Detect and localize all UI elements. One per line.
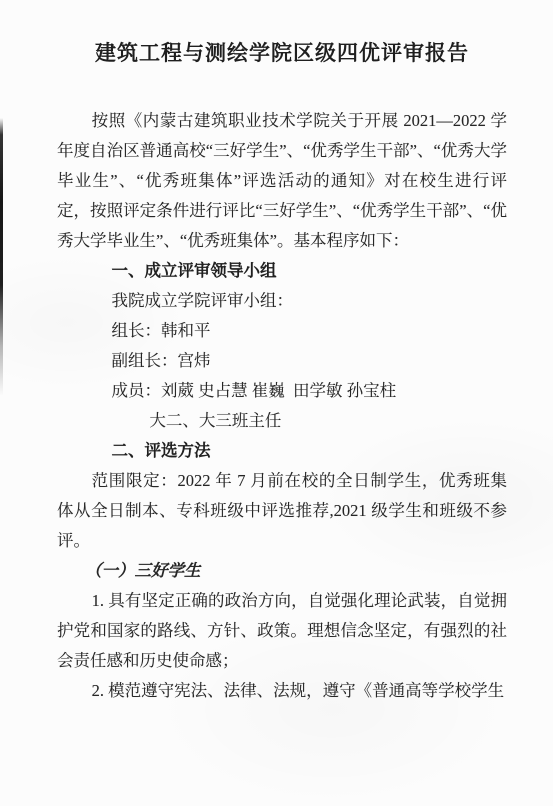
- scan-page: 建筑工程与测绘学院区级四优评审报告 按照《内蒙古建筑职业技术学院关于开展 202…: [0, 0, 553, 806]
- members-line: 成员：刘葳 史占慧 崔巍 田学敏 孙宝柱: [57, 376, 507, 406]
- document-content: 建筑工程与测绘学院区级四优评审报告 按照《内蒙古建筑职业技术学院关于开展 202…: [0, 0, 553, 706]
- members-continued-line: 大二、大三班主任: [57, 406, 507, 436]
- section-heading-2: 二、评选方法: [57, 436, 507, 466]
- group-leader-line: 组长：韩和平: [57, 316, 507, 346]
- document-title: 建筑工程与测绘学院区级四优评审报告: [57, 40, 507, 68]
- paragraph-criterion-2: 2. 模范遵守宪法、法律、法规，遵守《普通高等学校学生: [57, 676, 507, 706]
- paragraph-criterion-1: 1. 具有坚定正确的政治方向，自觉强化理论武装，自觉拥护党和国家的路线、方针、政…: [57, 586, 507, 676]
- sub-heading-sanhao: （一）三好学生: [57, 556, 507, 586]
- deputy-leader-line: 副组长：宫炜: [57, 346, 507, 376]
- review-group-intro-line: 我院成立学院评审小组：: [57, 286, 507, 316]
- paragraph-intro: 按照《内蒙古建筑职业技术学院关于开展 2021—2022 学年度自治区普通高校“…: [57, 106, 507, 256]
- paragraph-scope: 范围限定：2022 年 7 月前在校的全日制学生，优秀班集体从全日制本、专科班级…: [57, 466, 507, 556]
- section-heading-1: 一、成立评审领导小组: [57, 256, 507, 286]
